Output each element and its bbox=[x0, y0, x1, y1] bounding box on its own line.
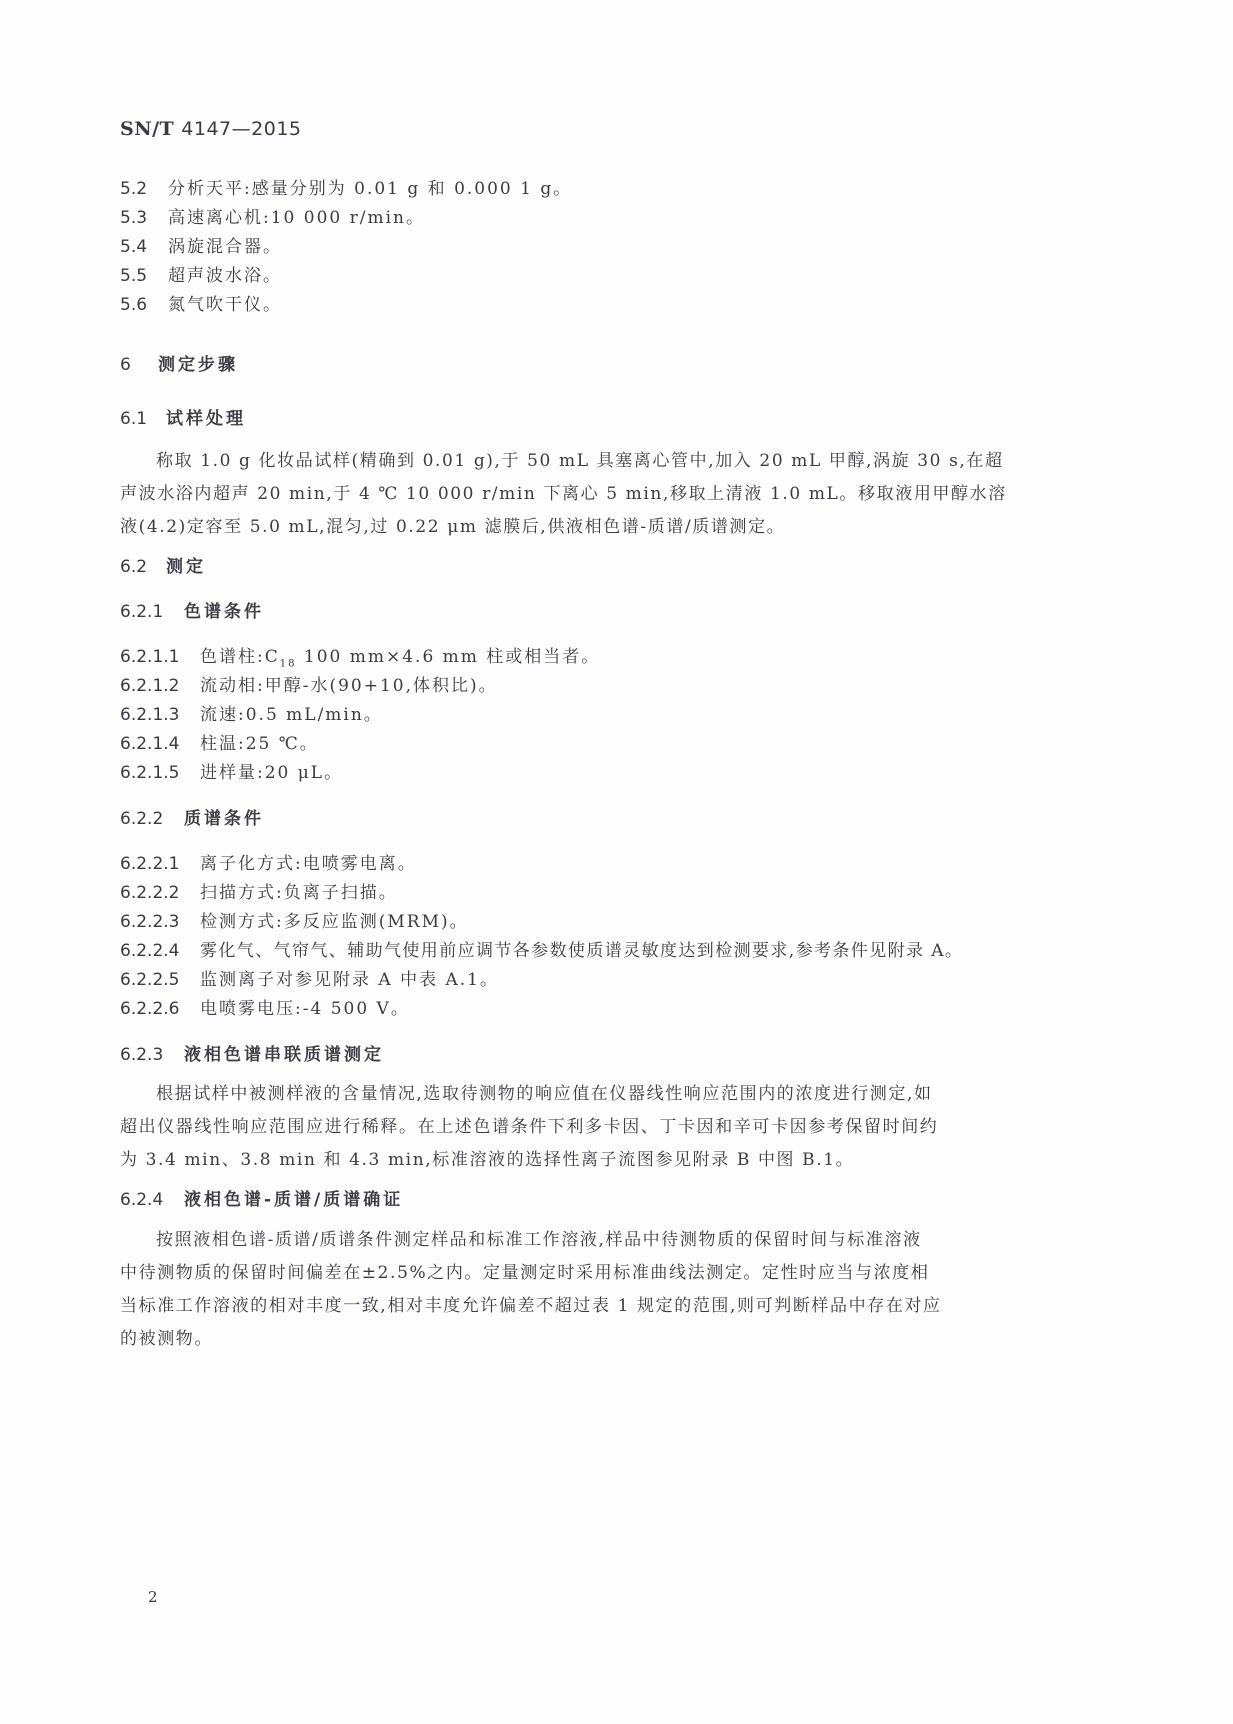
heading-text: 试样处理 bbox=[166, 409, 246, 429]
list-item: 6.2.2.6电喷雾电压:-4 500 V。 bbox=[120, 994, 410, 1019]
item-number: 6.2.2.5 bbox=[120, 970, 200, 990]
list-item: 6.2.1.5进样量:20 μL。 bbox=[120, 758, 343, 783]
document-header: SN/T 4147—2015 bbox=[120, 118, 302, 140]
item-text: 氮气吹干仪。 bbox=[168, 295, 282, 315]
item-number: 6.2.1.4 bbox=[120, 734, 200, 754]
item-number: 5.2 bbox=[120, 179, 168, 199]
item-text: 分析天平:感量分别为 0.01 g 和 0.000 1 g。 bbox=[168, 179, 572, 199]
item-text: 检测方式:多反应监测(MRM)。 bbox=[200, 912, 469, 932]
section-heading: 6.2.4液相色谱-质谱/质谱确证 bbox=[120, 1185, 403, 1210]
list-item: 5.4涡旋混合器。 bbox=[120, 232, 282, 257]
list-item: 5.2分析天平:感量分别为 0.01 g 和 0.000 1 g。 bbox=[120, 174, 572, 199]
item-number: 6.2.2.3 bbox=[120, 912, 200, 932]
section-heading: 6.2.2质谱条件 bbox=[120, 804, 264, 829]
section-heading: 6测定步骤 bbox=[120, 350, 238, 375]
paragraph: 根据试样中被测样液的含量情况,选取待测物的响应值在仪器线性响应范围内的浓度进行测… bbox=[120, 1078, 1080, 1177]
heading-text: 质谱条件 bbox=[184, 809, 264, 829]
list-item: 6.2.2.2扫描方式:负离子扫描。 bbox=[120, 878, 398, 903]
paragraph-line: 为 3.4 min、3.8 min 和 4.3 min,标准溶液的选择性离子流图… bbox=[120, 1144, 1080, 1177]
item-text-part: 100 mm×4.6 mm 柱或相当者。 bbox=[296, 647, 600, 667]
item-text: 流速:0.5 mL/min。 bbox=[200, 705, 383, 725]
item-number: 6.2.1.3 bbox=[120, 705, 200, 725]
item-text: 超声波水浴。 bbox=[168, 266, 282, 286]
list-item: 5.3高速离心机:10 000 r/min。 bbox=[120, 203, 425, 228]
list-item: 5.5超声波水浴。 bbox=[120, 261, 282, 286]
heading-number: 6.2.4 bbox=[120, 1190, 184, 1210]
list-item: 6.2.1.1色谱柱:C18 100 mm×4.6 mm 柱或相当者。 bbox=[120, 642, 600, 669]
heading-text: 液相色谱-质谱/质谱确证 bbox=[184, 1190, 403, 1210]
item-text: 电喷雾电压:-4 500 V。 bbox=[200, 999, 410, 1019]
heading-number: 6.2.2 bbox=[120, 809, 184, 829]
item-text-part: 色谱柱:C bbox=[200, 647, 280, 667]
heading-text: 测定步骤 bbox=[158, 355, 238, 375]
heading-number: 6 bbox=[120, 355, 158, 375]
item-text: 高速离心机:10 000 r/min。 bbox=[168, 208, 425, 228]
item-number: 5.5 bbox=[120, 266, 168, 286]
item-number: 5.3 bbox=[120, 208, 168, 228]
paragraph-line: 声波水浴内超声 20 min,于 4 ℃ 10 000 r/min 下离心 5 … bbox=[120, 478, 1080, 511]
list-item: 6.2.1.2流动相:甲醇-水(90+10,体积比)。 bbox=[120, 671, 498, 696]
item-number: 6.2.2.4 bbox=[120, 941, 200, 961]
section-heading: 6.2.3液相色谱串联质谱测定 bbox=[120, 1040, 384, 1065]
item-text: 涡旋混合器。 bbox=[168, 237, 282, 257]
paragraph-line: 称取 1.0 g 化妆品试样(精确到 0.01 g),于 50 mL 具塞离心管… bbox=[120, 445, 1080, 478]
section-heading: 6.2.1色谱条件 bbox=[120, 597, 264, 622]
item-text: 流动相:甲醇-水(90+10,体积比)。 bbox=[200, 676, 498, 696]
item-number: 6.2.2.2 bbox=[120, 883, 200, 903]
list-item: 6.2.1.3流速:0.5 mL/min。 bbox=[120, 700, 383, 725]
paragraph-line: 按照液相色谱-质谱/质谱条件测定样品和标准工作溶液,样品中待测物质的保留时间与标… bbox=[120, 1224, 1080, 1257]
heading-text: 色谱条件 bbox=[184, 602, 264, 622]
list-item: 6.2.1.4柱温:25 ℃。 bbox=[120, 729, 319, 754]
paragraph-line: 超出仪器线性响应范围应进行稀释。在上述色谱条件下利多卡因、丁卡因和辛可卡因参考保… bbox=[120, 1111, 1080, 1144]
item-number: 6.2.1.2 bbox=[120, 676, 200, 696]
paragraph-line: 的被测物。 bbox=[120, 1323, 1080, 1356]
paragraph-line: 中待测物质的保留时间偏差在±2.5%之内。定量测定时采用标准曲线法测定。定性时应… bbox=[120, 1257, 1080, 1290]
item-number: 6.2.2.1 bbox=[120, 854, 200, 874]
standard-code: SN/T bbox=[120, 118, 174, 140]
item-text: 柱温:25 ℃。 bbox=[200, 734, 319, 754]
heading-number: 6.2.1 bbox=[120, 602, 184, 622]
list-item: 5.6氮气吹干仪。 bbox=[120, 290, 282, 315]
paragraph-line: 当标准工作溶液的相对丰度一致,相对丰度允许偏差不超过表 1 规定的范围,则可判断… bbox=[120, 1290, 1080, 1323]
item-number: 6.2.1.5 bbox=[120, 763, 200, 783]
paragraph: 按照液相色谱-质谱/质谱条件测定样品和标准工作溶液,样品中待测物质的保留时间与标… bbox=[120, 1224, 1080, 1356]
item-number: 6.2.1.1 bbox=[120, 647, 200, 667]
page-number: 2 bbox=[148, 1588, 158, 1606]
heading-number: 6.1 bbox=[120, 409, 166, 429]
item-text: 离子化方式:电喷雾电离。 bbox=[200, 854, 417, 874]
heading-text: 测定 bbox=[166, 557, 206, 577]
item-number: 6.2.2.6 bbox=[120, 999, 200, 1019]
heading-number: 6.2 bbox=[120, 557, 166, 577]
list-item: 6.2.2.1离子化方式:电喷雾电离。 bbox=[120, 849, 417, 874]
section-heading: 6.1试样处理 bbox=[120, 404, 246, 429]
standard-number: 4147—2015 bbox=[181, 118, 301, 140]
item-text: 监测离子对参见附录 A 中表 A.1。 bbox=[200, 970, 499, 990]
item-text: 雾化气、气帘气、辅助气使用前应调节各参数使质谱灵敏度达到检测要求,参考条件见附录… bbox=[200, 941, 963, 961]
heading-number: 6.2.3 bbox=[120, 1045, 184, 1065]
list-item: 6.2.2.4雾化气、气帘气、辅助气使用前应调节各参数使质谱灵敏度达到检测要求,… bbox=[120, 936, 963, 961]
item-text: 色谱柱:C18 100 mm×4.6 mm 柱或相当者。 bbox=[200, 647, 600, 667]
list-item: 6.2.2.3检测方式:多反应监测(MRM)。 bbox=[120, 907, 469, 932]
item-number: 5.6 bbox=[120, 295, 168, 315]
section-heading: 6.2测定 bbox=[120, 552, 206, 577]
heading-text: 液相色谱串联质谱测定 bbox=[184, 1045, 384, 1065]
item-text: 进样量:20 μL。 bbox=[200, 763, 343, 783]
paragraph: 称取 1.0 g 化妆品试样(精确到 0.01 g),于 50 mL 具塞离心管… bbox=[120, 445, 1080, 544]
list-item: 6.2.2.5监测离子对参见附录 A 中表 A.1。 bbox=[120, 965, 499, 990]
item-number: 5.4 bbox=[120, 237, 168, 257]
item-text: 扫描方式:负离子扫描。 bbox=[200, 883, 398, 903]
paragraph-line: 液(4.2)定容至 5.0 mL,混匀,过 0.22 μm 滤膜后,供液相色谱-… bbox=[120, 511, 1080, 544]
paragraph-line: 根据试样中被测样液的含量情况,选取待测物的响应值在仪器线性响应范围内的浓度进行测… bbox=[120, 1078, 1080, 1111]
subscript: 18 bbox=[280, 658, 297, 669]
